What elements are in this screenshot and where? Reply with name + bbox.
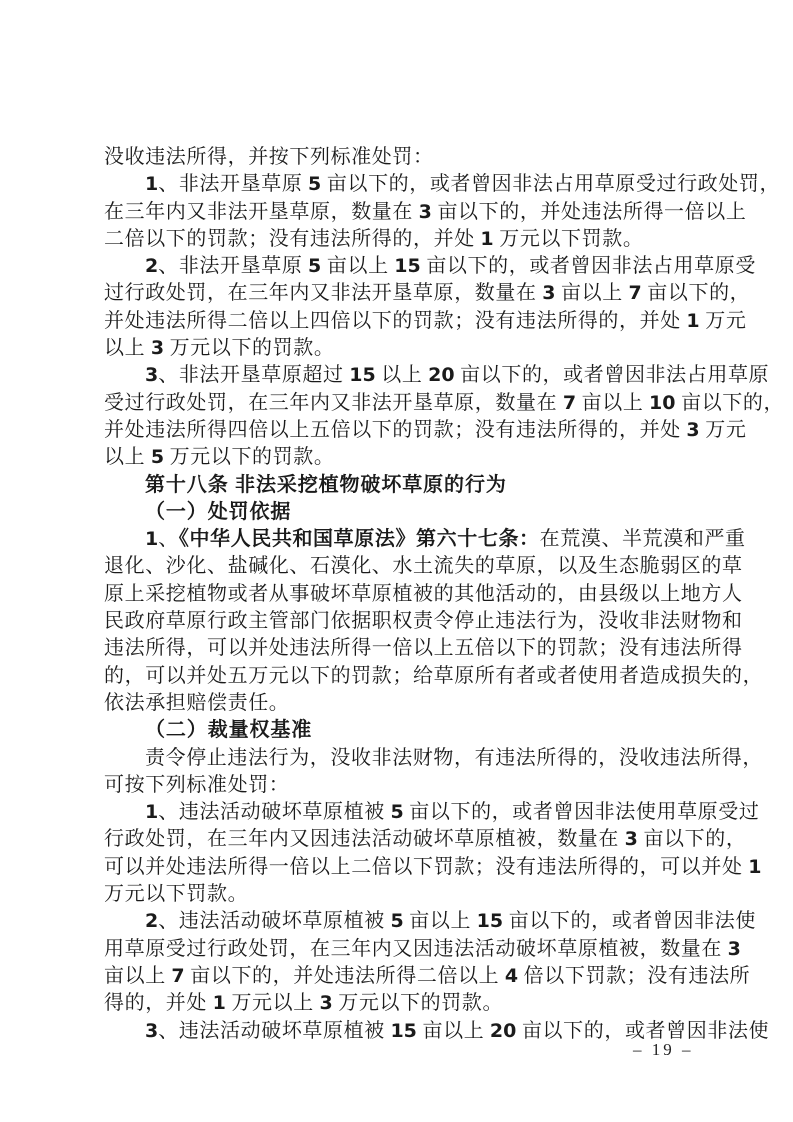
list-item-line: 3、非法开垦草原超过 15 以上 20 亩以下的，或者曾因非法占用草原 — [104, 362, 724, 389]
list-item-line: 2、违法活动破坏草原植被 5 亩以上 15 亩以下的，或者曾因非法使 — [104, 908, 724, 935]
text-line: 以上 3 万元以下的罚款。 — [104, 335, 724, 362]
text-line: 可按下列标准处罚： — [104, 772, 724, 799]
article-heading: 第十八条 非法采挖植物破坏草原的行为 — [104, 472, 724, 499]
document-body: 没收违法所得，并按下列标准处罚： 1、非法开垦草原 5 亩以下的，或者曾因非法占… — [104, 144, 724, 1045]
list-item-line: 3、违法活动破坏草原植被 15 亩以上 20 亩以下的，或者曾因非法使 — [104, 1018, 724, 1045]
text-line: 原上采挖植物或者从事破坏草原植被的其他活动的，由县级以上地方人 — [104, 581, 724, 608]
list-item-line: 1、违法活动破坏草原植被 5 亩以下的，或者曾因非法使用草原受过 — [104, 799, 724, 826]
text-line: 受过行政处罚，在三年内又非法开垦草原，数量在 7 亩以上 10 亩以下的， — [104, 390, 724, 417]
list-item-line: 1、《中华人民共和国草原法》第六十七条：在荒漠、半荒漠和严重 — [104, 526, 724, 553]
text-line: 用草原受过行政处罚，在三年内又因违法活动破坏草原植被，数量在 3 — [104, 936, 724, 963]
text-line: 过行政处罚，在三年内又非法开垦草原，数量在 3 亩以上 7 亩以下的， — [104, 280, 724, 307]
text-line: 并处违法所得四倍以上五倍以下的罚款；没有违法所得的，并处 3 万元 — [104, 417, 724, 444]
text-line: 行政处罚，在三年内又因违法活动破坏草原植被，数量在 3 亩以下的， — [104, 826, 724, 853]
text-line: 以上 5 万元以下的罚款。 — [104, 444, 724, 471]
text-line: 并处违法所得二倍以上四倍以下的罚款；没有违法所得的，并处 1 万元 — [104, 308, 724, 335]
list-item-line: 2、非法开垦草原 5 亩以上 15 亩以下的，或者曾因非法占用草原受 — [104, 253, 724, 280]
text-line: 得的，并处 1 万元以上 3 万元以下的罚款。 — [104, 990, 724, 1017]
text-line: 在三年内又非法开垦草原，数量在 3 亩以下的，并处违法所得一倍以上 — [104, 199, 724, 226]
text-run: 在荒漠、半荒漠和严重 — [540, 528, 746, 550]
law-citation: 《中华人民共和国草原法》第六十七条： — [179, 528, 540, 550]
list-item-line: 1、非法开垦草原 5 亩以下的，或者曾因非法占用草原受过行政处罚， — [104, 171, 724, 198]
page-number: – 19 – — [633, 1040, 694, 1060]
text-line: 万元以下罚款。 — [104, 881, 724, 908]
text-line: 的，可以并处五万元以下的罚款；给草原所有者或者使用者造成损失的， — [104, 663, 724, 690]
list-number: 1、 — [145, 528, 179, 550]
text-line: 退化、沙化、盐碱化、石漠化、水土流失的草原，以及生态脆弱区的草 — [104, 553, 724, 580]
text-line: 民政府草原行政主管部门依据职权责令停止违法行为，没收非法财物和 — [104, 608, 724, 635]
paragraph-line: 责令停止违法行为，没收非法财物，有违法所得的，没收违法所得， — [104, 745, 724, 772]
text-line: 依法承担赔偿责任。 — [104, 690, 724, 717]
text-line: 没收违法所得，并按下列标准处罚： — [104, 144, 724, 171]
text-line: 违法所得，可以并处违法所得一倍以上五倍以下的罚款；没有违法所得 — [104, 635, 724, 662]
text-line: 亩以上 7 亩以下的，并处违法所得二倍以上 4 倍以下罚款；没有违法所 — [104, 963, 724, 990]
subsection-heading: （二）裁量权基准 — [104, 717, 724, 744]
document-page: 没收违法所得，并按下列标准处罚： 1、非法开垦草原 5 亩以下的，或者曾因非法占… — [0, 0, 793, 1122]
text-line: 二倍以下的罚款；没有违法所得的，并处 1 万元以下罚款。 — [104, 226, 724, 253]
subsection-heading: （一）处罚依据 — [104, 499, 724, 526]
text-line: 可以并处违法所得一倍以上二倍以下罚款；没有违法所得的，可以并处 1 — [104, 854, 724, 881]
